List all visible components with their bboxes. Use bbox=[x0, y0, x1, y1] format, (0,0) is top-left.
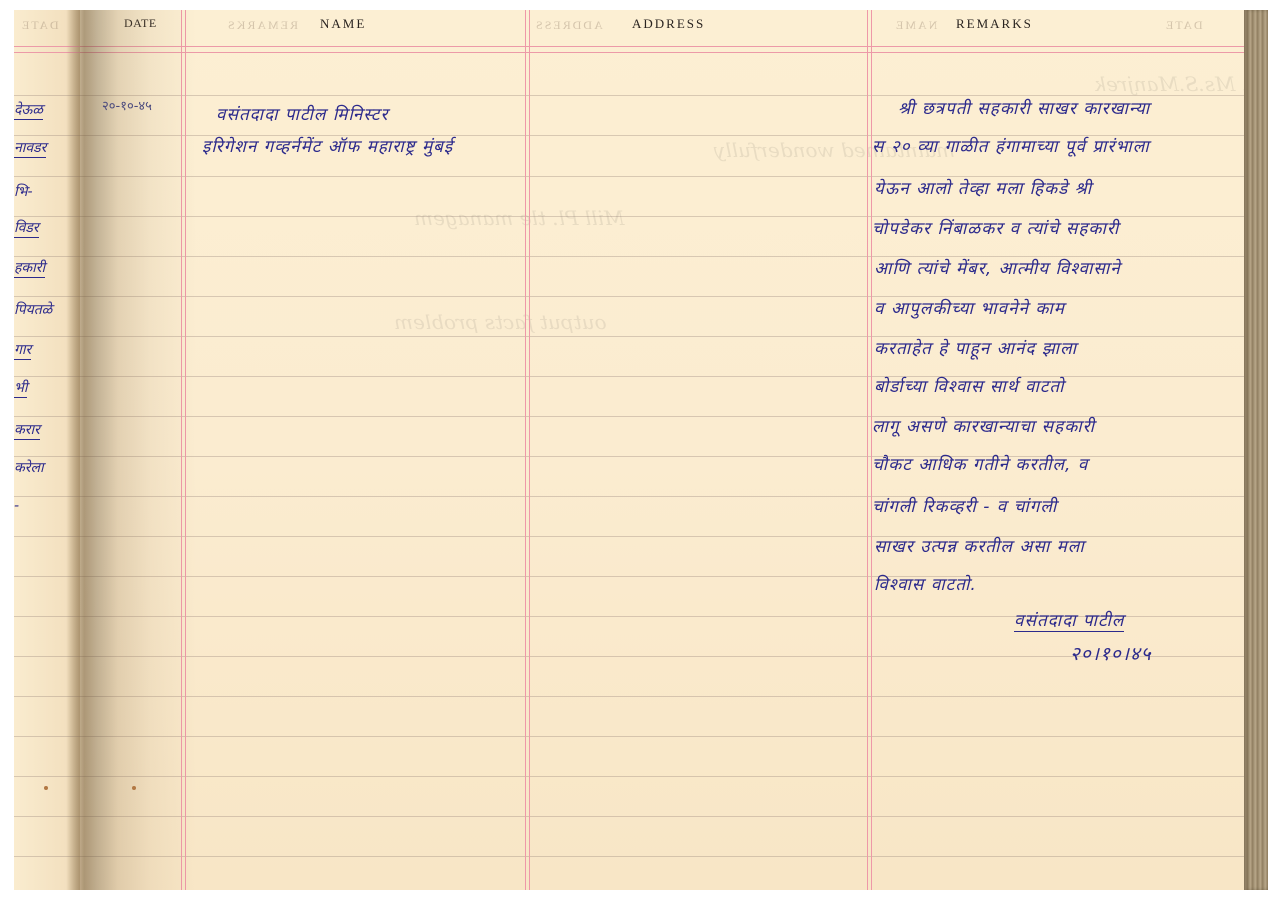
ledger-page: Sh. Ms.S.Manjrek maintained wonderfully … bbox=[14, 10, 1268, 890]
left-page-fragment: करार bbox=[14, 420, 40, 440]
remarks-line: येऊन आलो तेव्हा मला हिकडे श्री bbox=[874, 176, 1092, 199]
left-page-fragment: नावडर bbox=[14, 138, 46, 158]
remarks-line: बोर्डाच्या विश्वास सार्थ वाटतो bbox=[874, 374, 1065, 397]
remarks-line: आणि त्यांचे मेंबर, आत्मीय विश्वासाने bbox=[874, 256, 1121, 279]
signature: वसंतदादा पाटील bbox=[1014, 608, 1124, 632]
ruled-line bbox=[14, 576, 1244, 577]
left-page-fragment: पियतळे bbox=[14, 300, 52, 319]
entry-name-line-1: वसंतदादा पाटील मिनिस्टर bbox=[216, 102, 388, 125]
left-page-fragment: हकारी bbox=[14, 258, 45, 278]
remarks-line: विश्वास वाटतो. bbox=[874, 572, 977, 595]
header-remarks: REMARKS bbox=[956, 16, 1033, 32]
ghost-header-date-right: DATE bbox=[1164, 18, 1203, 33]
ruled-line bbox=[14, 736, 1244, 737]
ruled-line bbox=[14, 656, 1244, 657]
paper-speck bbox=[44, 786, 48, 790]
ruled-line bbox=[14, 696, 1244, 697]
ghost-header-name: NAME bbox=[894, 18, 937, 33]
left-page-fragment: भि- bbox=[14, 182, 33, 201]
header-address: ADDRESS bbox=[632, 16, 705, 32]
remarks-line: चौकट आधिक गतीने करतील, व bbox=[872, 452, 1088, 475]
header-divider bbox=[14, 46, 1244, 53]
remarks-line: चोपडेकर निंबाळकर व त्यांचे सहकारी bbox=[872, 216, 1119, 239]
left-page-fragment: - bbox=[14, 498, 19, 514]
ghost-header-remarks: REMARKS bbox=[226, 18, 298, 33]
remarks-line: श्री छत्रपती सहकारी साखर कारखान्या bbox=[898, 96, 1150, 119]
left-page-fragment: भी bbox=[14, 378, 27, 398]
book-gutter-shadow bbox=[66, 10, 196, 890]
remarks-line: व आपुलकीच्या भावनेने काम bbox=[874, 296, 1065, 319]
left-page-fragment: देऊळ bbox=[14, 100, 43, 120]
remarks-line: स २० व्या गाळीत हंगामाच्या पूर्व प्रारंभ… bbox=[872, 134, 1150, 157]
column-divider-name-address bbox=[525, 10, 530, 890]
ruled-line bbox=[14, 816, 1244, 817]
remarks-line: साखर उत्पन्न करतील असा मला bbox=[874, 534, 1085, 557]
left-page-fragment: करेला bbox=[14, 458, 44, 477]
paper-speck bbox=[132, 786, 136, 790]
entry-date: २०-१०-४५ bbox=[102, 96, 152, 114]
remarks-line: चांगली रिकव्हरी - व चांगली bbox=[872, 494, 1057, 517]
ruled-line bbox=[14, 496, 1244, 497]
ruled-line bbox=[14, 776, 1244, 777]
bleed-through-text: Sh. Ms.S.Manjrek bbox=[1094, 72, 1268, 96]
column-divider-date-name bbox=[181, 10, 186, 890]
page-stack-edge bbox=[1244, 10, 1268, 890]
bleed-through-text: output facts problem bbox=[394, 310, 607, 334]
ghost-header-date: DATE bbox=[20, 18, 59, 33]
remarks-line: लागू असणे कारखान्याचा सहकारी bbox=[872, 414, 1095, 437]
ruled-line bbox=[14, 856, 1244, 857]
bleed-through-text: Mill Pl. tle managem bbox=[414, 206, 625, 230]
left-page-fragment: गार bbox=[14, 340, 31, 360]
entry-name-line-2: इरिगेशन गव्हर्नमेंट ऑफ महाराष्ट्र मुंबई bbox=[202, 134, 453, 157]
remarks-line: करताहेत हे पाहून आनंद झाला bbox=[874, 336, 1077, 359]
signature-date: २०।१०।४५ bbox=[1070, 640, 1152, 666]
left-page-fragment: विडर bbox=[14, 218, 39, 238]
header-name: NAME bbox=[320, 16, 366, 32]
header-date: DATE bbox=[124, 16, 157, 31]
ghost-header-address: ADDRESS bbox=[534, 18, 603, 33]
